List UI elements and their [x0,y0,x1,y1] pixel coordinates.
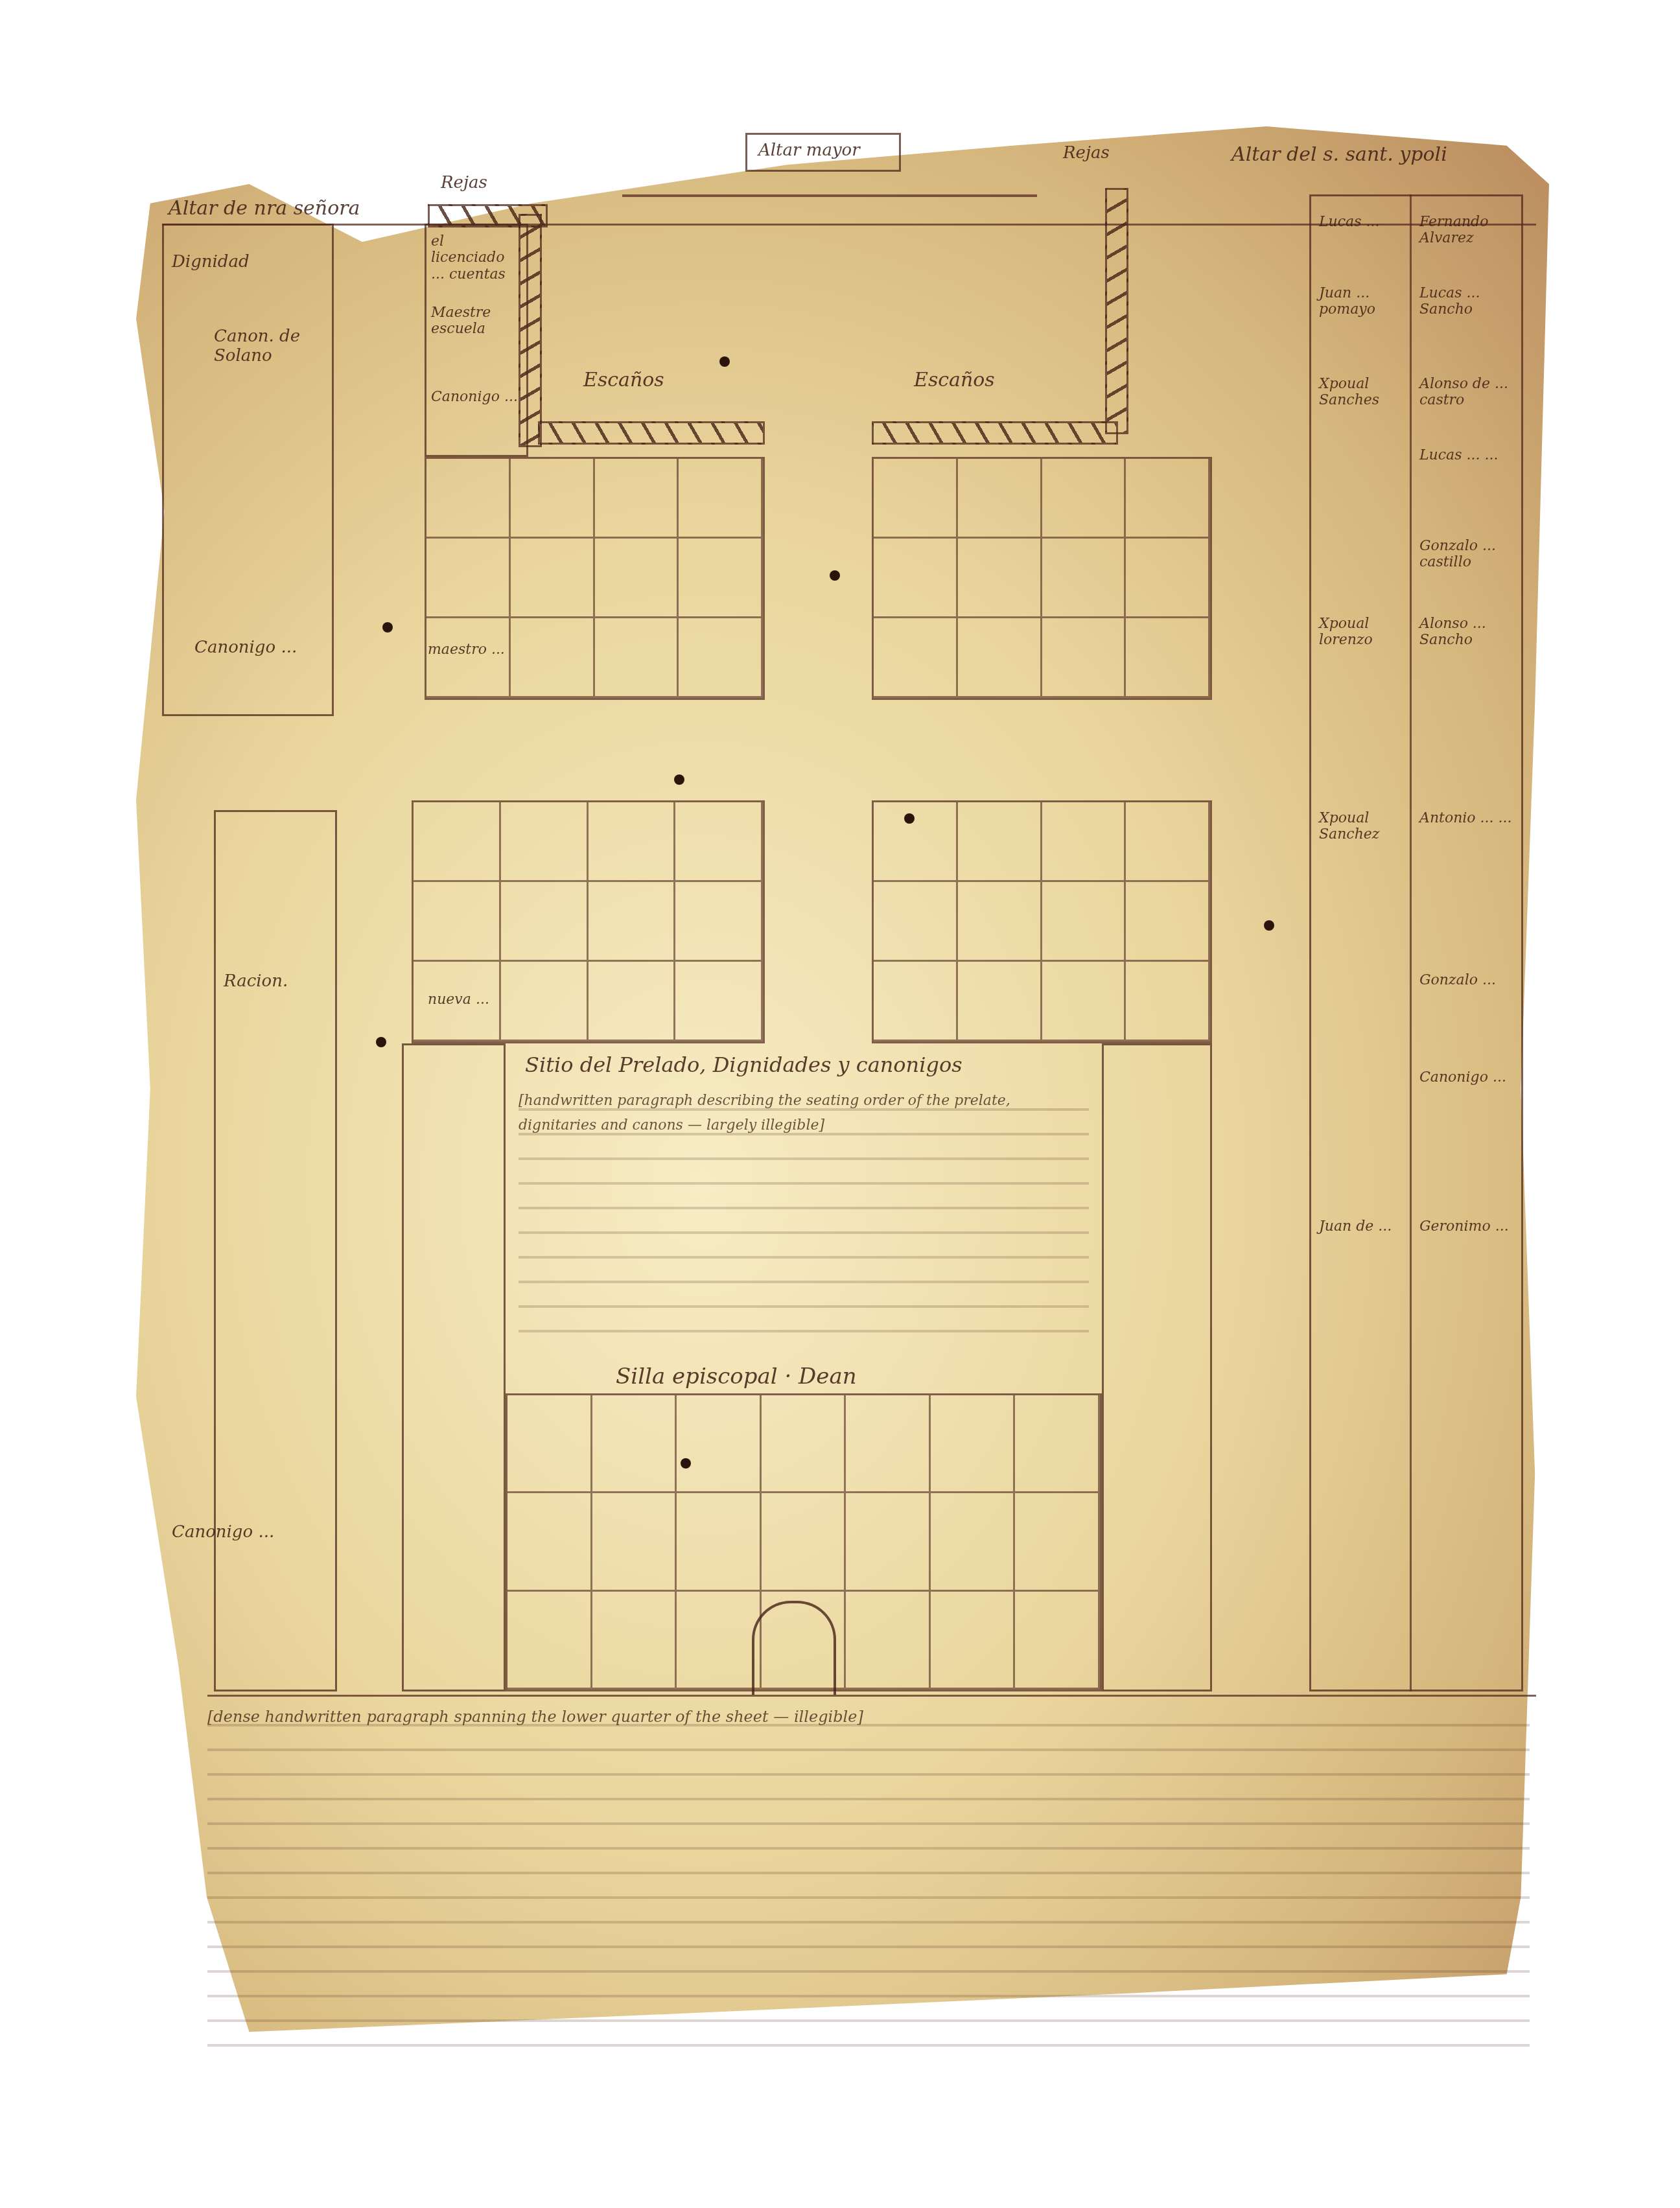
side-stalls-right [1102,1043,1212,1691]
right-cell-b: Lucas ... Sancho [1419,285,1517,318]
ink-blot [904,813,915,824]
right-cell-b: Gonzalo ... castillo [1419,538,1517,571]
left-cell: Racion. [224,972,327,992]
center-heading: Sitio del Prelado, Dignidades y canonigo… [525,1053,962,1077]
escanos-left-label: Escaños [583,369,664,392]
inner-left-cell: Maestre escuela [431,305,522,338]
left-rejas-label: Rejas [441,174,487,193]
rail-hatch-right-bottom [872,421,1118,445]
right-cell-a: Xpoual Sanches [1319,376,1406,409]
ink-blot [1264,920,1274,931]
bottom-body: [dense handwritten paragraph spanning th… [207,1704,1530,2067]
inner-left-cell: el licenciado ... cuentas [431,233,522,283]
stall-grid-middle-left [412,800,765,1043]
right-column [1309,194,1523,1691]
ink-blot [376,1037,386,1047]
right-cell-a: Juan de ... [1319,1218,1406,1235]
stall-grid-upper-left [425,457,765,700]
right-cell-a: Xpoual lorenzo [1319,616,1406,649]
right-cell-b: Lucas ... ... [1419,447,1517,463]
right-rejas-label: Rejas [1063,144,1110,163]
right-cell-a: Lucas ... [1319,214,1406,230]
right-cell-a: Xpoual Sanchez [1319,810,1406,843]
right-cell-b: Antonio ... ... [1419,810,1517,826]
ink-blot [674,774,684,785]
altar-mayor-label: Altar mayor [758,141,860,161]
left-cell: Canonigo ... [172,1523,327,1542]
ink-blot [719,356,730,367]
left-cell: Canon. de Solano [214,327,331,366]
right-cell-b: Geronimo ... [1419,1218,1517,1235]
right-cell-b: Fernando Alvarez [1419,214,1517,247]
right-cell-b: Gonzalo ... [1419,972,1517,988]
ink-blot [830,570,840,581]
ink-blot [382,622,393,633]
right-altar-label: Altar del s. sant. ypoli [1231,144,1447,167]
right-cell-b: Alonso ... Sancho [1419,616,1517,649]
rail-hatch-left-bottom [538,421,765,445]
center-footer: Silla episcopal · Dean [616,1364,857,1389]
left-cell: Dignidad [172,253,321,272]
right-cell-b: Alonso de ... castro [1419,376,1517,409]
right-cell-b: Canonigo ... [1419,1069,1517,1086]
rejas-arrow-line [622,194,1037,197]
rail-hatch-right-vertical [1105,188,1128,434]
side-stalls-left [402,1043,506,1691]
right-cell-a: Juan ... pomayo [1319,285,1406,318]
inner-left-cell: Canonigo ... [431,389,522,405]
bottom-rule [207,1695,1536,1697]
left-altar-label: Altar de nra señora [169,198,360,220]
ink-blot [681,1458,691,1469]
escanos-right-label: Escaños [914,369,995,392]
left-lower-column [214,810,337,1691]
door-arch [752,1601,836,1695]
stall-grid-middle-right [872,800,1212,1043]
stall-grid-upper-right [872,457,1212,700]
left-cell: Canonigo ... [194,638,324,658]
right-column-divider [1410,194,1412,1691]
center-body: [handwritten paragraph describing the se… [519,1089,1089,1335]
